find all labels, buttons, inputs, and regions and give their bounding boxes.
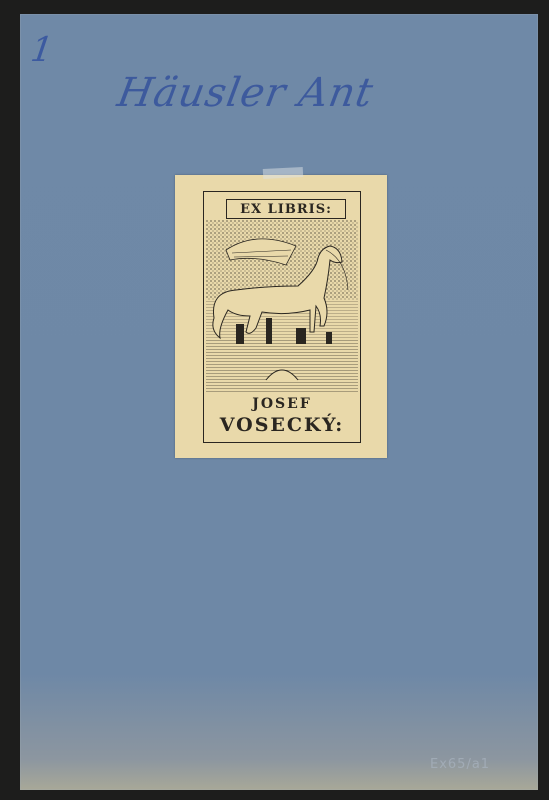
bookplate-frame: EX LIBRIS: JOSEF VOSECKÝ: xyxy=(203,191,361,443)
mounting-tape xyxy=(263,167,303,179)
owner-first-name: JOSEF xyxy=(204,396,360,412)
ex-libris-banner: EX LIBRIS: xyxy=(226,199,346,219)
bookplate-card: EX LIBRIS: JOSEF VOSECKÝ: xyxy=(175,175,387,458)
pegasus-illustration xyxy=(206,220,358,392)
handwritten-artist-name: Häusler Ant xyxy=(114,70,377,116)
inventory-stamp: Ex65/a1 xyxy=(430,757,490,772)
owner-last-name: VOSECKÝ: xyxy=(204,414,360,436)
